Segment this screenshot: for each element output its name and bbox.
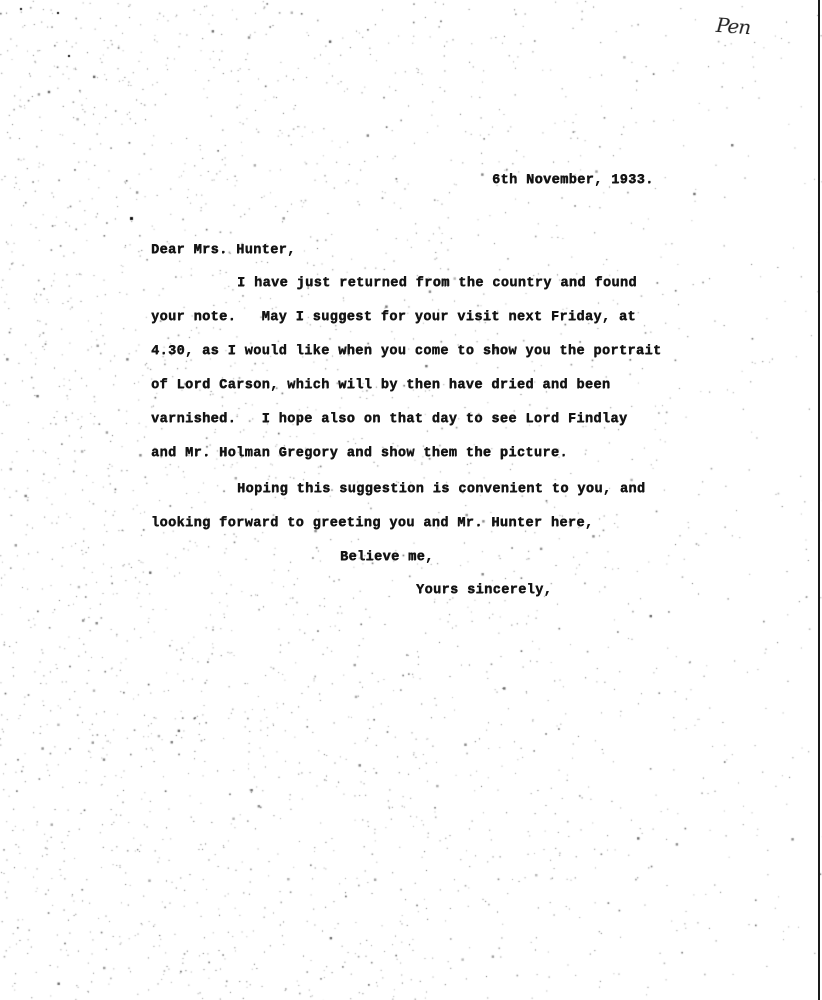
letter-salutation: Dear Mrs. Hunter,: [151, 243, 296, 258]
closing-yours-sincerely: Yours sincerely,: [416, 583, 552, 598]
letter-date: 6th November, 1933.: [492, 173, 654, 188]
body-line: 4.30, as I would like when you come to s…: [151, 344, 661, 359]
body-line: I have just returned from the country an…: [237, 276, 637, 291]
closing-believe-me: Believe me,: [340, 550, 434, 565]
body-line: Hoping this suggestion is convenient to …: [237, 482, 645, 497]
body-line: varnished. I hope also on that day to se…: [151, 412, 627, 427]
scan-noise-speckle: [0, 0, 822, 1000]
body-line: your note. May I suggest for your visit …: [151, 310, 636, 325]
handwritten-annotation: Pen: [715, 13, 751, 39]
body-line: and Mr. Holman Gregory and show them the…: [151, 446, 568, 461]
page-edge-line: [818, 0, 820, 1000]
scanned-letter-page: Pen 6th November, 1933. Dear Mrs. Hunter…: [0, 0, 822, 1000]
body-line: of Lord Carson, which will by then have …: [151, 378, 610, 393]
body-line: looking forward to greeting you and Mr. …: [151, 516, 593, 531]
